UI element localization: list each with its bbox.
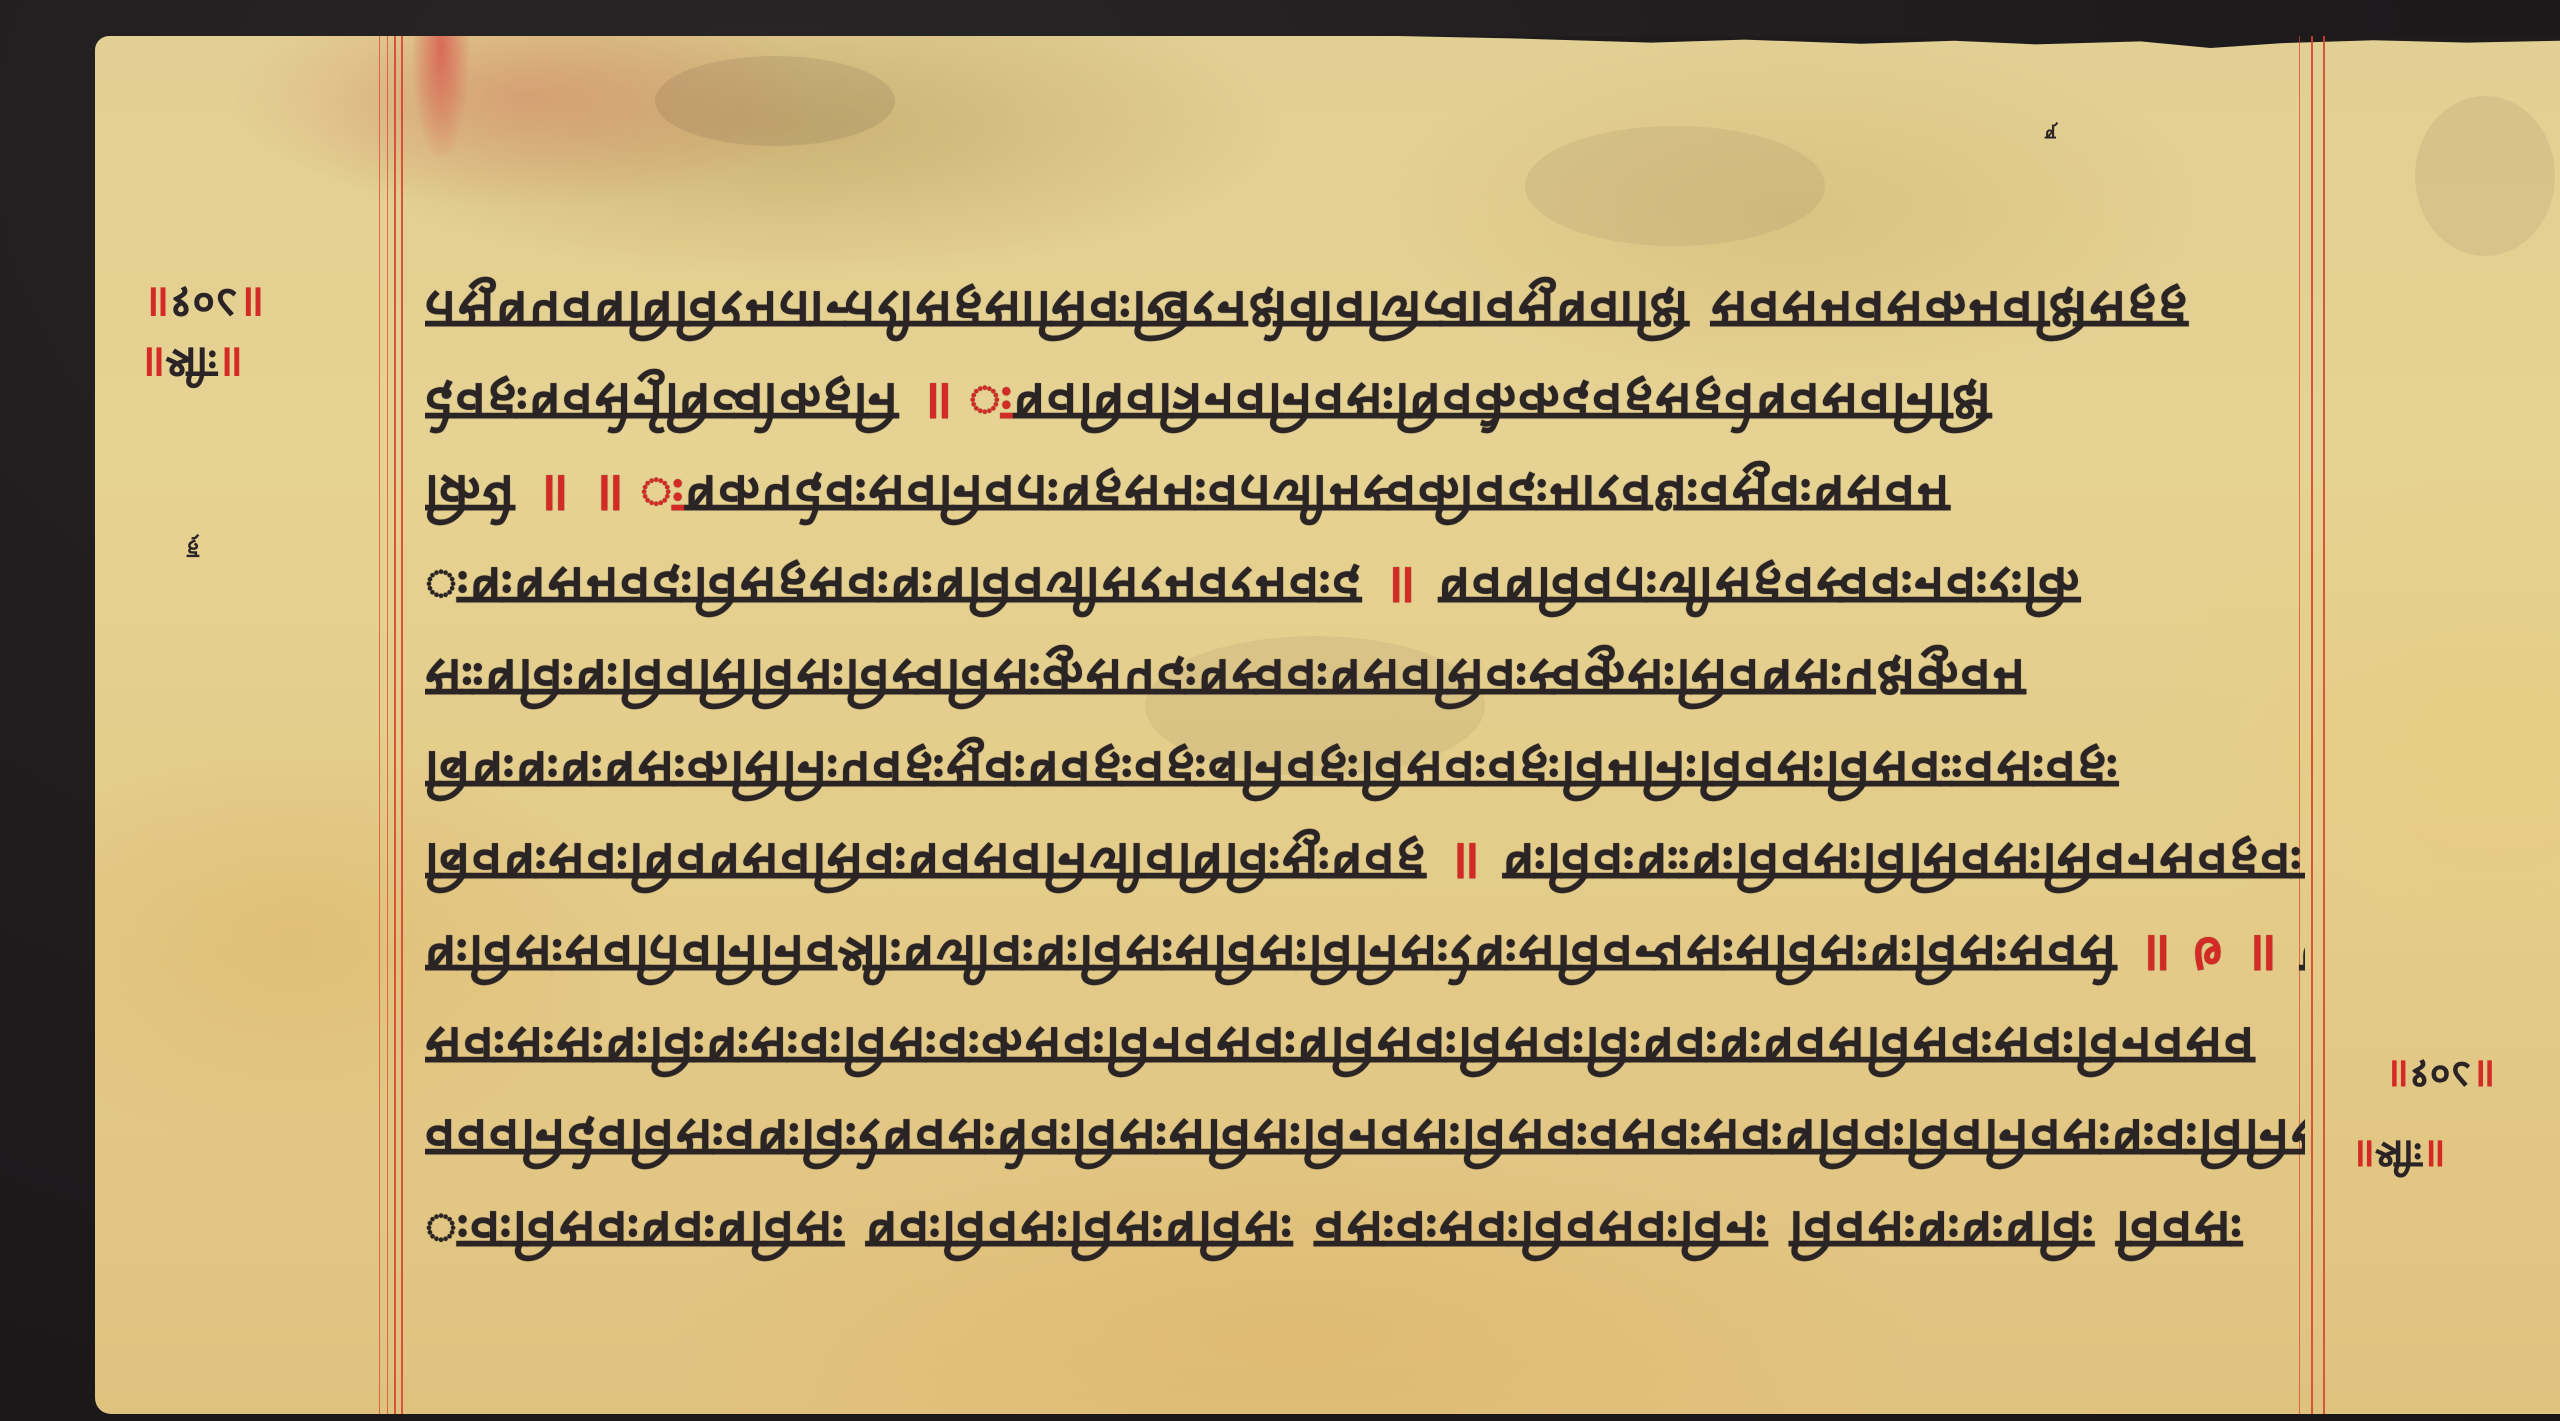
text-segment: तसुषपवषषिविरमतान्तरीसहसासिवःखिरनक्षेवीवज…	[425, 279, 2189, 342]
text-line: सःःषविःषःविवसिविसःविस्वविसःकुसपदःषस्ववःष…	[425, 632, 2305, 724]
right-ruling-line	[2311, 36, 2313, 1414]
text-line: सवःसःसःषःविःषःसःवःविसःवःकसवःविनवसवःषविसव…	[425, 1000, 2305, 1092]
left-folio-label-text: ॥श्रीः॥	[139, 337, 243, 388]
text-segment: षःविसःसवतिवनिनिवश्रीःषजीवःषःविसःसविसःविन…	[425, 923, 2118, 986]
text-line: ःवःविसवःषवःषविसः षवःविवसःविसःषविसः वसःवः…	[425, 1184, 2305, 1276]
rubric-danda: ॥ ७ ॥	[2118, 923, 2300, 986]
right-folio-number: ॥१०८॥	[2385, 1046, 2495, 1102]
text-line: ःषःषसमवदःविसहसवःषःषविवजीसरमवरमवःद ॥ षवषव…	[425, 540, 2305, 632]
stain	[655, 56, 895, 146]
stain	[1525, 126, 1825, 246]
text-line: बिवषःसवःषिवषसवसिवःषवसवनिजीवषिविःसुःषवह ॥…	[425, 816, 2305, 908]
right-folio-label-text: ॥श्रीः॥	[2351, 1131, 2446, 1177]
text-segment: ःवःविसवःषवःषविसः षवःविवसःविसःषविसः वसःवः…	[425, 1199, 2243, 1262]
text-line: षःविसःसवतिवनिनिवश्रीःषजीवःषःविसःसविसःविन…	[425, 908, 2305, 1000]
manuscript-text-block: तसुषपवषषिविरमतान्तरीसहसासिवःखिरनक्षेवीवज…	[425, 264, 2305, 1276]
left-ruling-line	[387, 36, 388, 1414]
red-ink-bleed	[413, 36, 469, 156]
text-segment: बिवषःसवःषिवषसवसिवःषवसवनिजीवषिविःसुःषवह	[425, 831, 1427, 894]
text-segment: क्रिये	[425, 463, 516, 526]
margin-ink-mark: ह्	[187, 536, 199, 566]
rubric-danda: ॥	[1363, 555, 1439, 618]
text-segment: षवषविवतःजीसहवस्ववःनवःरःकि	[1439, 555, 2082, 618]
text-segment: सःःषविःषःविवसिविसःविस्वविसःकुसपदःषस्ववःष…	[425, 647, 2027, 710]
rubric-danda: ॥	[1427, 831, 1503, 894]
text-segment: षः	[2300, 923, 2305, 986]
left-folio-number: ॥१०८॥	[143, 274, 264, 330]
left-folio-number-text: ॥१०८॥	[143, 277, 264, 328]
right-folio-number-text: ॥१०८॥	[2385, 1051, 2495, 1097]
stain	[2415, 96, 2555, 256]
text-line: देवहःषवसेर्नुषिव्वोकहनि ॥ ःषवषिवत्रिनवनि…	[425, 356, 2305, 448]
text-segment: ःषःषसमवदःविसहसवःषःषविवजीसरमवरमवःद	[425, 555, 1363, 618]
top-ink-mark: ष्	[2045, 121, 2055, 145]
left-ruling-line	[394, 36, 396, 1414]
left-ruling-line	[379, 36, 380, 1414]
left-ruling-line	[401, 36, 403, 1414]
text-line: क्रिये ॥ ॥ ःषकपदेवःसवनिवतःषहसमःवतजीमस्वक…	[425, 448, 2305, 540]
text-line: वववनिदेवविसःवषःविःरेषवसःषेवःविसःसविसःविन…	[425, 1092, 2305, 1184]
text-segment: वववनिदेवविसःवषःविःरेषवसःषेवःविसःसविसःविन…	[425, 1107, 2305, 1170]
left-folio-label: ॥श्रीः॥	[139, 334, 243, 390]
manuscript-folio: ॥१०८॥ ॥श्रीः॥ ह् ष् ॥१०८॥ ॥श्रीः॥ तसुषपव…	[95, 36, 2560, 1414]
right-folio-label: ॥श्रीः॥	[2351, 1126, 2446, 1182]
text-segment: ःषकपदेवःसवनिवतःषहसमःवतजीमस्वकीवदःमारवधःव…	[685, 463, 1951, 526]
right-ruling-line	[2323, 36, 2325, 1414]
text-segment: ःषवषिवत्रिनवनिवसःषिवकैकदवहसहवेषवसवनिक्षि	[1014, 371, 1993, 434]
text-segment: षःविवःषःःषःविवसःविसिवसःसिवनसवहवःविसव	[1503, 831, 2305, 894]
text-line: तसुषपवषषिविरमतान्तरीसहसासिवःखिरनक्षेवीवज…	[425, 264, 2305, 356]
rubric-danda: ॥	[900, 371, 1014, 434]
text-segment: बिषःषःषःषसःकसिनिःपवहःसुवःषवहःवहःबनिवहःवि…	[425, 739, 2119, 802]
text-segment: देवहःषवसेर्नुषिव्वोकहनि	[425, 371, 900, 434]
text-segment: सवःसःसःषःविःषःसःवःविसःवःकसवःविनवसवःषविसव…	[425, 1015, 2256, 1078]
torn-top-edge	[1395, 36, 2560, 48]
text-line: बिषःषःषःषसःकसिनिःपवहःसुवःषवहःवहःबनिवहःवि…	[425, 724, 2305, 816]
rubric-danda: ॥ ॥	[516, 463, 685, 526]
